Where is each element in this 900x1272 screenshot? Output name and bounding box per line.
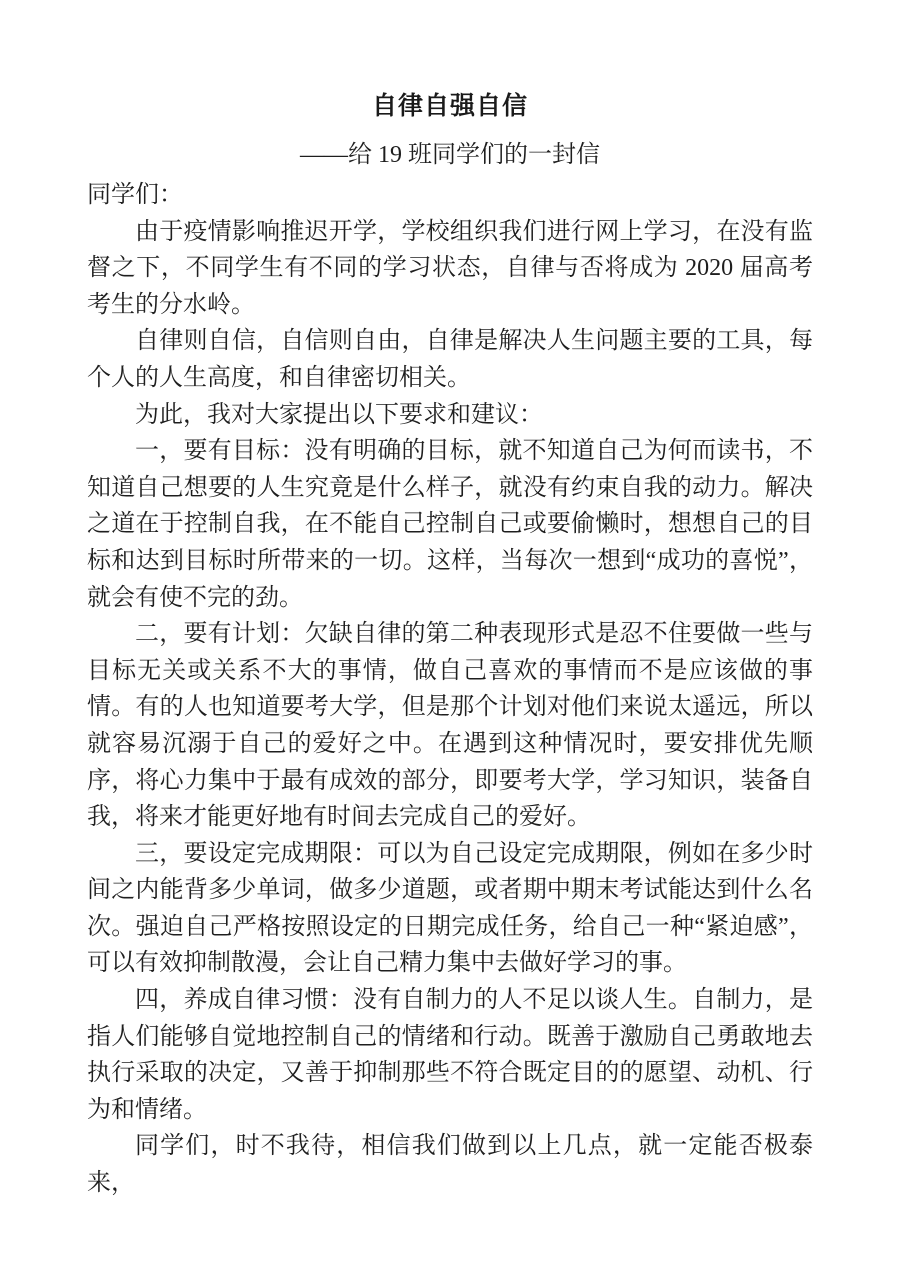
document-subtitle: ——给 19 班同学们的一封信 bbox=[87, 135, 813, 175]
document-body: 同学们： 由于疫情影响推迟开学，学校组织我们进行网上学习，在没有监督之下，不同学… bbox=[87, 177, 813, 1202]
paragraph-point-1-goals: 一，要有目标：没有明确的目标，就不知道自己为何而读书，不知道自己想要的人生究竟是… bbox=[87, 433, 813, 616]
paragraph-point-2-plan: 二，要有计划：欠缺自律的第二种表现形式是忍不住要做一些与目标无关或关系不大的事情… bbox=[87, 616, 813, 836]
paragraph-point-3-deadlines: 三，要设定完成期限：可以为自己设定完成期限，例如在多少时间之内能背多少单词，做多… bbox=[87, 836, 813, 982]
document-page: 自律自强自信 ——给 19 班同学们的一封信 同学们： 由于疫情影响推迟开学，学… bbox=[0, 0, 900, 1272]
paragraph-requirements-lead-in: 为此，我对大家提出以下要求和建议： bbox=[87, 397, 813, 434]
paragraph-intro: 由于疫情影响推迟开学，学校组织我们进行网上学习，在没有监督之下，不同学生有不同的… bbox=[87, 214, 813, 324]
salutation: 同学们： bbox=[87, 177, 813, 214]
document-content: 自律自强自信 ——给 19 班同学们的一封信 同学们： 由于疫情影响推迟开学，学… bbox=[87, 0, 813, 1202]
paragraph-point-4-habit: 四，养成自律习惯：没有自制力的人不足以谈人生。自制力，是指人们能够自觉地控制自己… bbox=[87, 982, 813, 1128]
paragraph-self-discipline: 自律则自信，自信则自由，自律是解决人生问题主要的工具，每个人的人生高度，和自律密… bbox=[87, 323, 813, 396]
document-title: 自律自强自信 bbox=[87, 86, 813, 126]
paragraph-closing: 同学们，时不我待，相信我们做到以上几点，就一定能否极泰来， bbox=[87, 1128, 813, 1201]
